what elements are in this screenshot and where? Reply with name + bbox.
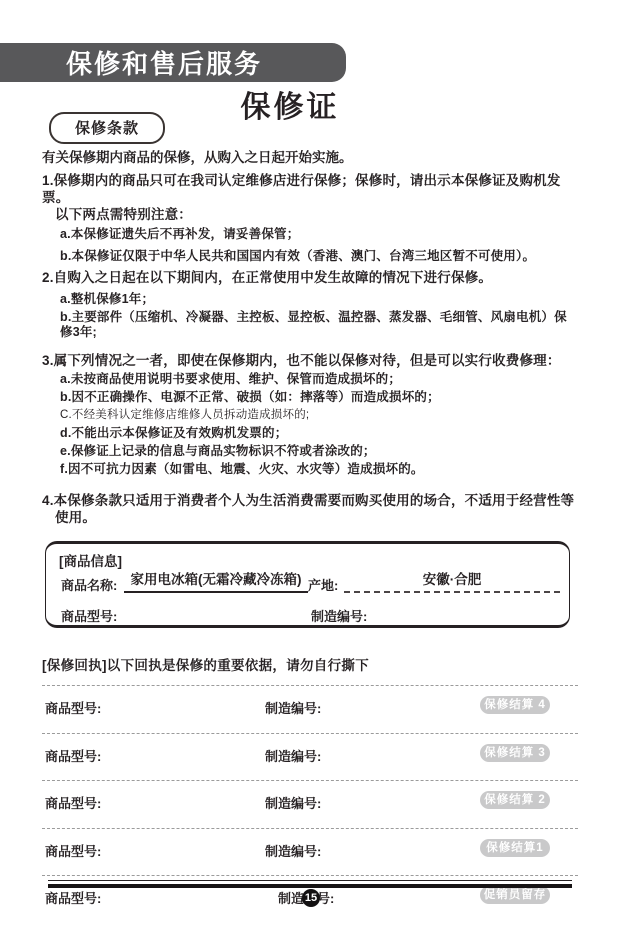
section-banner-title: 保修和售后服务 xyxy=(66,44,262,81)
intro-text: 有关保修期内商品的保修，从购入之日起开始实施。 xyxy=(42,149,578,166)
model-label: 商品型号: xyxy=(45,793,101,812)
serial-label: 制造编号: xyxy=(265,793,321,812)
term-4: 4.本保修条款只适用于消费者个人为生活消费需要而购买使用的场合，不适用于经营性等… xyxy=(42,492,578,526)
receipt-stub-badge: 保修结算1 xyxy=(480,839,550,857)
receipt-stub-badge: 保修结算 3 xyxy=(480,744,550,762)
receipt-stub-badge: 保修结算 4 xyxy=(480,696,550,714)
receipt-row: 商品型号: 制造编号: 保修结算 4 xyxy=(42,685,578,733)
origin-label: 产地: xyxy=(308,575,338,594)
page-number-badge: 15 xyxy=(302,889,320,907)
product-info-heading: [商品信息] xyxy=(59,550,122,570)
receipt-stub-badge: 促销员留存 xyxy=(480,886,550,904)
warranty-document-page: 保修和售后服务 保修证 保修条款 有关保修期内商品的保修，从购入之日起开始实施。… xyxy=(0,0,619,931)
product-info-box: [商品信息] 商品名称: 家用电冰箱(无霜冷藏冷冻箱) 产地: 安徽·合肥 商品… xyxy=(45,541,570,628)
product-name-label: 商品名称: xyxy=(61,575,117,594)
terms-pill: 保修条款 xyxy=(49,112,165,144)
term-sub-item: C.不经美科认定维修店维修人员拆动造成损坏的; xyxy=(42,408,578,423)
model-label: 商品型号: xyxy=(45,746,101,765)
serial-label: 制造编号: xyxy=(265,841,321,860)
footer-thin-rule xyxy=(48,880,572,881)
term-line: 2.自购入之日起在以下期间内，在正常使用中发生故障的情况下进行保修。 xyxy=(42,269,578,286)
product-name-value: 家用电冰箱(无霜冷藏冷冻箱) xyxy=(124,568,308,593)
term-line: 3.属下列情况之一者，即使在保修期内，也不能以保修对待，但是可以实行收费修理： xyxy=(42,352,578,369)
term-sub-item: b.本保修证仅限于中华人民共和国国内有效（香港、澳门、台湾三地区暂不可使用）。 xyxy=(42,249,578,264)
model-label: 商品型号: xyxy=(61,606,117,625)
term-sub-item: d.不能出示本保修证及有效购机发票的； xyxy=(42,426,578,441)
model-label: 商品型号: xyxy=(45,698,101,717)
origin-value: 安徽·合肥 xyxy=(344,568,560,593)
serial-label: 制造编号: xyxy=(265,746,321,765)
receipt-heading: [保修回执]以下回执是保修的重要依据，请勿自行撕下 xyxy=(42,654,578,674)
receipt-row: 商品型号: 制造编号: 保修结算 3 xyxy=(42,733,578,781)
term-1: 1.保修期内的商品只可在我司认定维修店进行保修；保修时，请出示本保修证及购机发票… xyxy=(42,172,578,264)
term-3-sub-list: a.未按商品使用说明书要求使用、维护、保管而造成损坏的； b.因不正确操作、电源… xyxy=(42,372,578,477)
term-sub-item: a.未按商品使用说明书要求使用、维护、保管而造成损坏的； xyxy=(42,372,578,387)
receipt-row: 商品型号: 制造编号: 保修结算1 xyxy=(42,828,578,876)
term-line: 4.本保修条款只适用于消费者个人为生活消费需要而购买使用的场合，不适用于经营性等 xyxy=(42,492,578,509)
term-sub-item: b.因不正确操作、电源不正常、破损（如：摔落等）而造成损坏的； xyxy=(42,390,578,405)
serial-label: 制造编号: xyxy=(311,606,367,625)
term-sub-item: b.主要部件（压缩机、冷凝器、主控板、显控板、温控器、蒸发器、毛细管、风扇电机）… xyxy=(42,310,578,340)
section-banner: 保修和售后服务 xyxy=(0,43,346,82)
term-line: 1.保修期内的商品只可在我司认定维修店进行保修；保修时，请出示本保修证及购机发票… xyxy=(42,172,578,206)
term-sub-item: a.整机保修1年； xyxy=(42,292,578,307)
footer-thick-rule xyxy=(48,884,572,889)
model-label: 商品型号: xyxy=(45,888,101,907)
term-sub-item: e.保修证上记录的信息与商品实物标识不符或者涂改的； xyxy=(42,444,578,459)
term-sub-item: a.本保修证遗失后不再补发，请妥善保管； xyxy=(42,227,578,242)
term-line: 使用。 xyxy=(42,509,578,526)
receipt-row: 商品型号: 制造编号: 保修结算 2 xyxy=(42,780,578,828)
model-label: 商品型号: xyxy=(45,841,101,860)
receipt-stub-badge: 保修结算 2 xyxy=(480,791,550,809)
term-2: 2.自购入之日起在以下期间内，在正常使用中发生故障的情况下进行保修。 a.整机保… xyxy=(42,269,578,340)
term-line: 以下两点需特别注意： xyxy=(42,206,578,223)
term-sub-item: f.因不可抗力因素（如雷电、地震、火灾、水灾等）造成损坏的。 xyxy=(42,462,578,477)
term-3: 3.属下列情况之一者，即使在保修期内，也不能以保修对待，但是可以实行收费修理： … xyxy=(42,352,578,477)
document-body: 有关保修期内商品的保修，从购入之日起开始实施。 1.保修期内的商品只可在我司认定… xyxy=(42,149,578,923)
serial-label: 制造编号: xyxy=(265,698,321,717)
